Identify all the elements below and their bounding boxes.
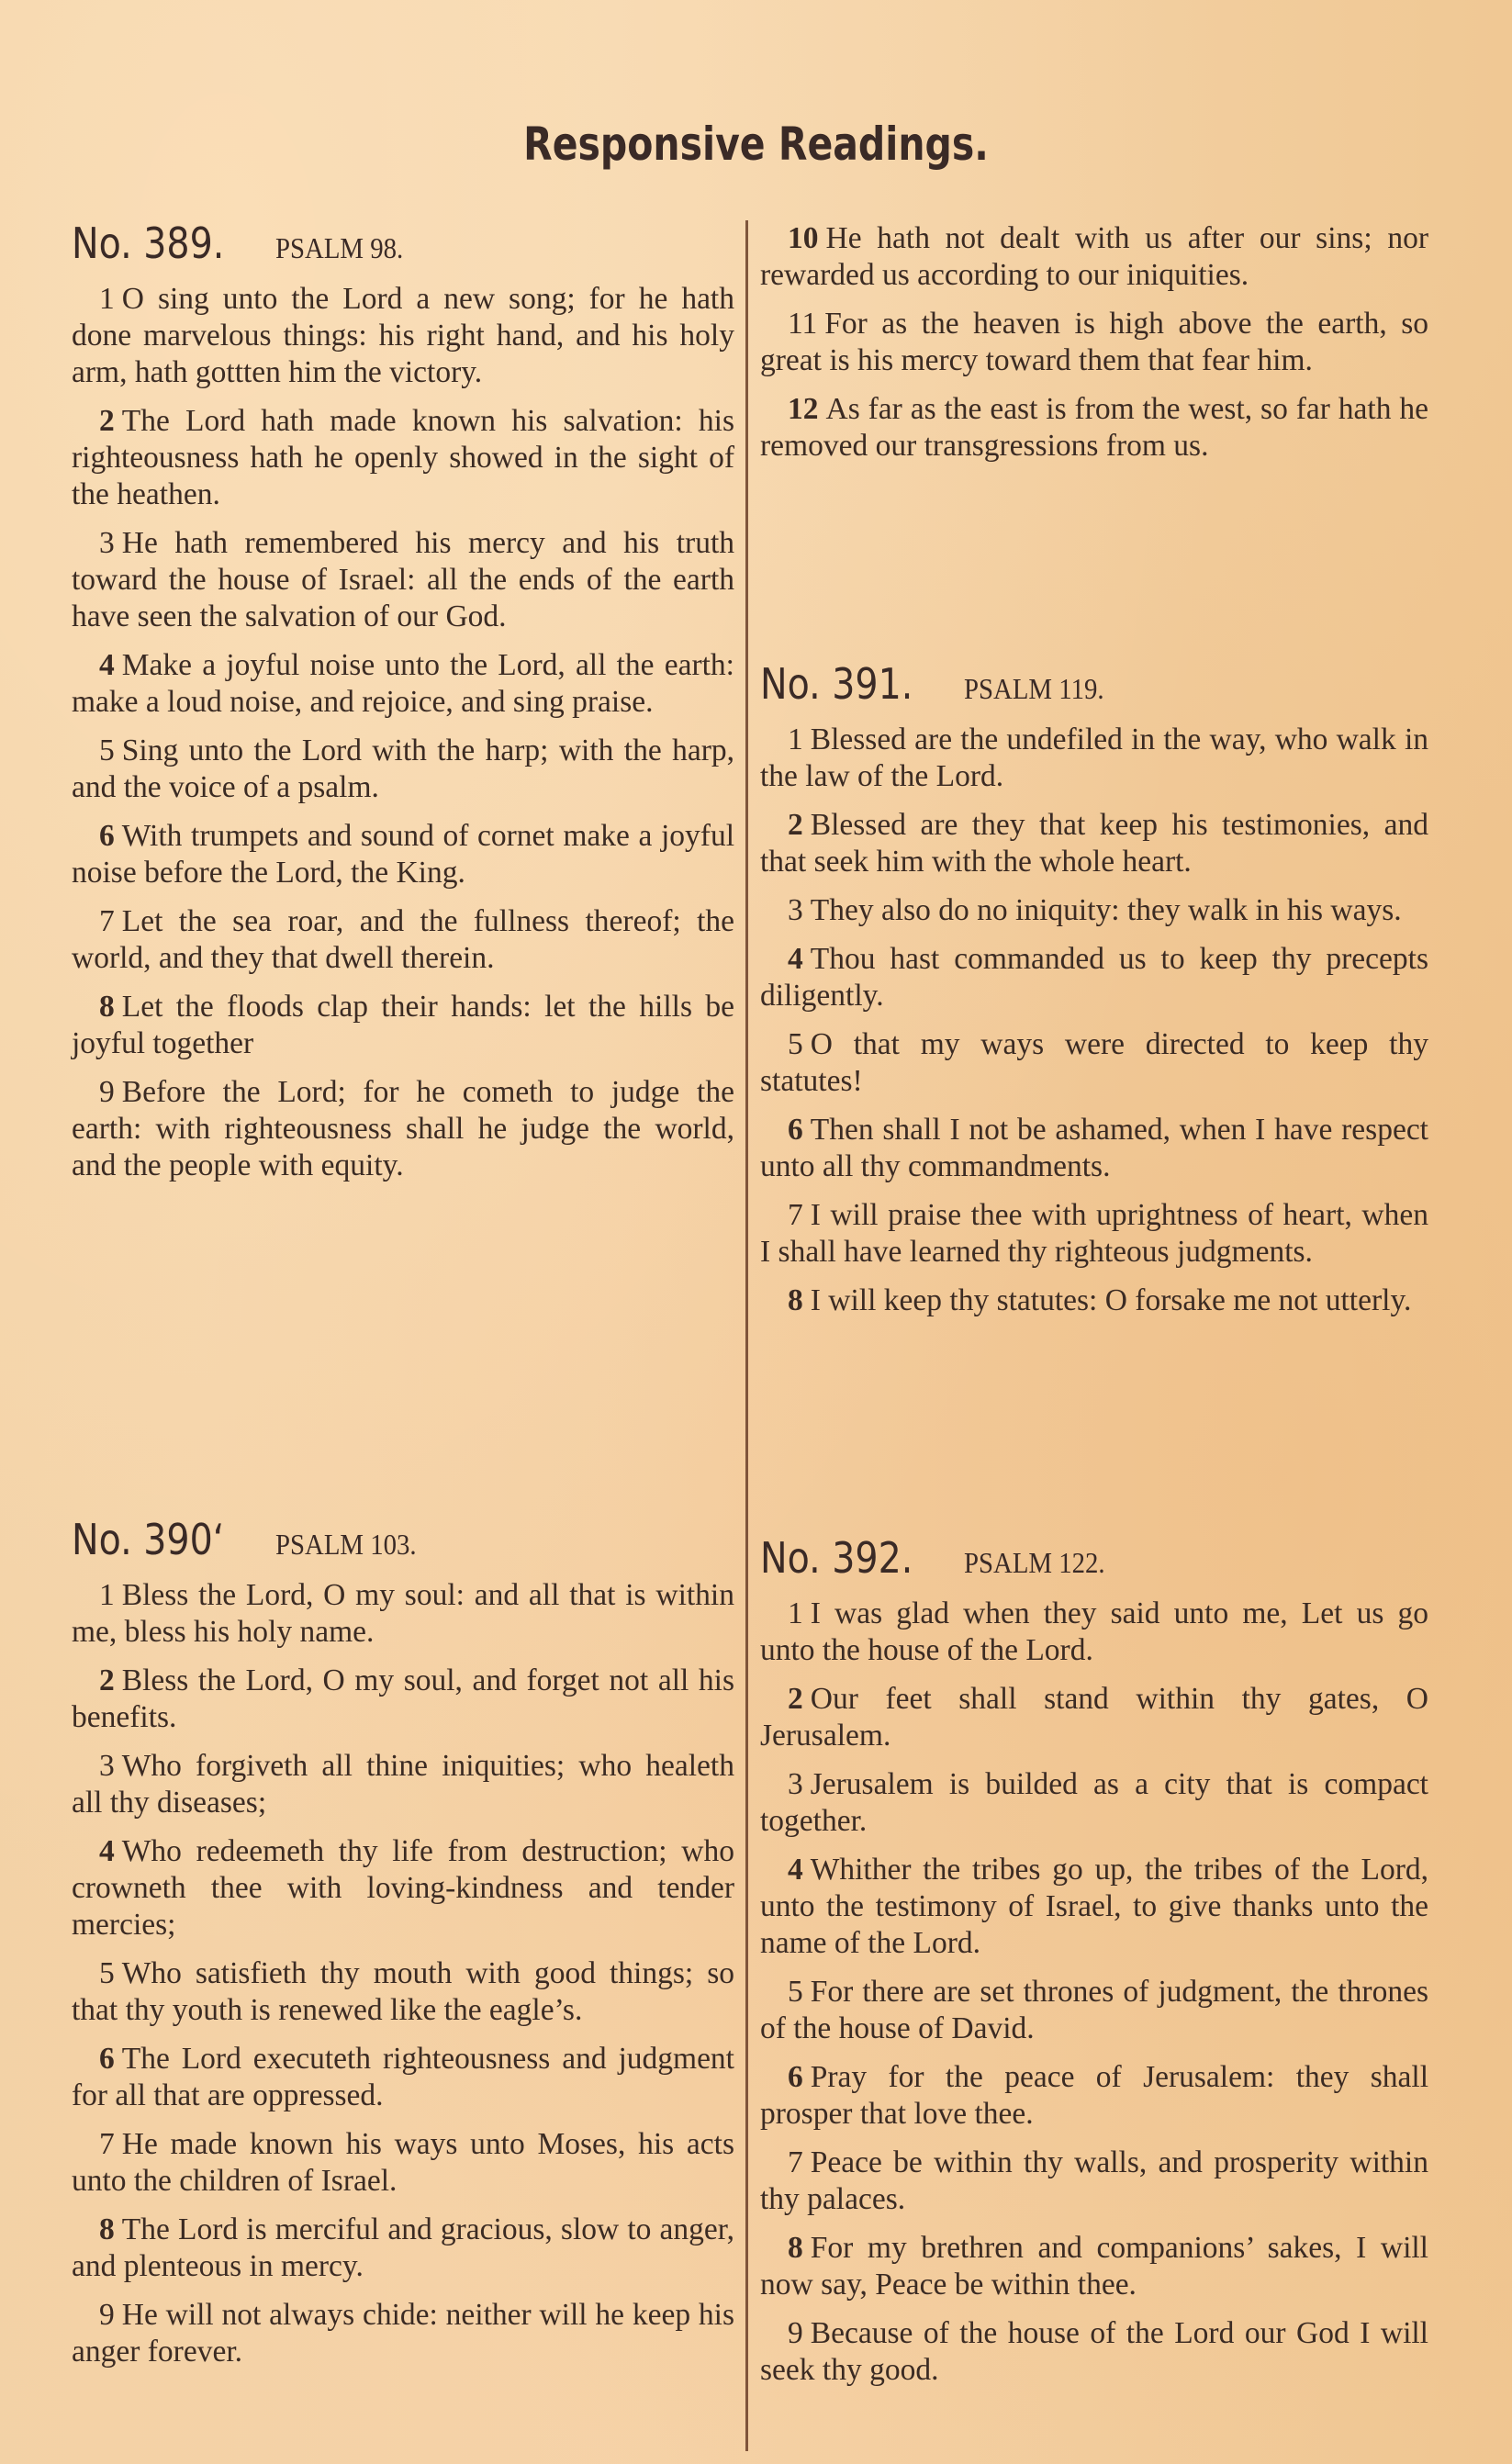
verse: 4Whither the tribes go up, the tribes of… bbox=[760, 1852, 1428, 1962]
reading-389: No. 389. PSALM 98. 1O sing unto the Lord… bbox=[72, 218, 734, 1196]
verse: 2The Lord hath made known his salva­tion… bbox=[72, 403, 734, 513]
verse: 1Blessed are the undefiled in the way, w… bbox=[760, 722, 1428, 795]
verse: 7He made known his ways unto Moses, his … bbox=[72, 2126, 734, 2200]
verse-number: 8 bbox=[788, 2231, 803, 2265]
verse: 7Peace be within thy walls, and pros­per… bbox=[760, 2145, 1428, 2218]
verse-number: 10 bbox=[788, 221, 819, 255]
reading-header: No. 390‘ PSALM 103. bbox=[72, 1515, 734, 1564]
verse-text: I will keep thy statutes: O forsake me n… bbox=[811, 1283, 1412, 1317]
verse-number: 7 bbox=[788, 2145, 803, 2179]
verse-text: Whither the tribes go up, the tribes of … bbox=[760, 1853, 1428, 1960]
verse: 11For as the heaven is high above the ea… bbox=[760, 306, 1428, 379]
verse-text: Bless the Lord, O my soul, and forget no… bbox=[72, 1663, 734, 1734]
verse-text: He hath remembered his mercy and his tru… bbox=[72, 526, 734, 633]
column-divider bbox=[745, 220, 748, 2451]
verse-number: 2 bbox=[788, 1682, 803, 1716]
verse: 8I will keep thy statutes: O forsake me … bbox=[760, 1282, 1428, 1319]
verse: 6Pray for the peace of Jerusalem: they s… bbox=[760, 2059, 1428, 2133]
verse-text: With trumpets and sound of cornet make a… bbox=[72, 819, 734, 890]
verse-text: Who redeemeth thy life from destruc­tion… bbox=[72, 1834, 734, 1942]
verse: 4Who redeemeth thy life from destruc­tio… bbox=[72, 1833, 734, 1943]
verse-text: O that my ways were directed to keep thy… bbox=[760, 1027, 1428, 1098]
verse-number: 5 bbox=[99, 734, 115, 767]
verse-text: For there are set thrones of judgment, t… bbox=[760, 1975, 1428, 2045]
verse-number: 6 bbox=[788, 1113, 803, 1147]
verse: 4Make a joyful noise unto the Lord, all … bbox=[72, 647, 734, 721]
reading-number: No. 390‘ bbox=[72, 1515, 247, 1564]
verse-number: 7 bbox=[99, 2127, 115, 2161]
verse-text: Blessed are they that keep his testi­mon… bbox=[760, 808, 1428, 879]
verse: 2Our feet shall stand within thy gates, … bbox=[760, 1681, 1428, 1754]
verse-number: 4 bbox=[788, 1853, 803, 1887]
verse: 1I was glad when they said unto me, Let … bbox=[760, 1596, 1428, 1669]
verse: 5For there are set thrones of judgment, … bbox=[760, 1974, 1428, 2047]
verse-text: Let the floods clap their hands: let the… bbox=[72, 990, 734, 1060]
verse-text: Let the sea roar, and the fullness there… bbox=[72, 904, 734, 975]
verse-text: I was glad when they said unto me, Let u… bbox=[760, 1596, 1428, 1667]
verse-text: The Lord executeth righteousness and jud… bbox=[72, 2042, 734, 2112]
verse-number: 1 bbox=[99, 1578, 115, 1612]
verse-text: O sing unto the Lord a new song; for he … bbox=[72, 282, 734, 389]
psalm-reference: PSALM 119. bbox=[964, 672, 1104, 706]
verse-number: 8 bbox=[99, 2212, 115, 2246]
verse-text: Thou hast commanded us to keep thy prece… bbox=[760, 942, 1428, 1013]
verse-number: 8 bbox=[99, 990, 115, 1024]
verse-number: 4 bbox=[788, 942, 803, 976]
verse: 5Sing unto the Lord with the harp; with … bbox=[72, 733, 734, 806]
verse-text: He will not always chide: neither will h… bbox=[72, 2298, 734, 2369]
verse: 7I will praise thee with uprightness of … bbox=[760, 1197, 1428, 1271]
verse-text: Make a joyful noise unto the Lord, all t… bbox=[72, 648, 734, 719]
verse: 3He hath remembered his mercy and his tr… bbox=[72, 525, 734, 635]
verse-number: 1 bbox=[788, 722, 803, 756]
verse-number: 9 bbox=[99, 1075, 115, 1109]
verse: 3Jerusalem is builded as a city that is … bbox=[760, 1766, 1428, 1840]
verse: 12As far as the east is from the west, s… bbox=[760, 391, 1428, 465]
reading-390: No. 390‘ PSALM 103. 1Bless the Lord, O m… bbox=[72, 1515, 734, 2382]
verse-text: As far as the east is from the west, so … bbox=[760, 392, 1428, 463]
verse-number: 5 bbox=[788, 1027, 803, 1061]
verse: 2Blessed are they that keep his testi­mo… bbox=[760, 807, 1428, 880]
reading-header: No. 389. PSALM 98. bbox=[72, 218, 734, 268]
psalm-reference: PSALM 103. bbox=[275, 1528, 417, 1562]
verse-number: 6 bbox=[99, 819, 115, 853]
verse-text: The Lord is merciful and gracious, slow … bbox=[72, 2212, 734, 2283]
verse-text: Because of the house of the Lord our God… bbox=[760, 2316, 1428, 2387]
verse-number: 7 bbox=[99, 904, 115, 938]
verse-number: 7 bbox=[788, 1198, 803, 1232]
verse-number: 5 bbox=[99, 1956, 115, 1990]
verse-text: He made known his ways unto Moses, his a… bbox=[72, 2127, 734, 2198]
verse-text: He hath not dealt with us after our sins… bbox=[760, 221, 1428, 292]
verse-text: Blessed are the undefiled in the way, wh… bbox=[760, 722, 1428, 793]
verse: 9He will not always chide: neither will … bbox=[72, 2297, 734, 2370]
verse-number: 3 bbox=[99, 1749, 115, 1783]
verse-number: 3 bbox=[788, 893, 803, 927]
verse: 9Because of the house of the Lord our Go… bbox=[760, 2315, 1428, 2389]
verse-text: For as the heaven is high above the eart… bbox=[760, 307, 1428, 377]
verse-text: The Lord hath made known his salva­tion:… bbox=[72, 404, 734, 511]
reading-392: No. 392. PSALM 122. 1I was glad when the… bbox=[760, 1533, 1428, 2401]
reading-number: No. 391. bbox=[760, 659, 935, 709]
verse: 10He hath not dealt with us after our si… bbox=[760, 220, 1428, 294]
verse-number: 8 bbox=[788, 1283, 803, 1317]
reading-header: No. 391. PSALM 119. bbox=[760, 659, 1428, 709]
verse: 8For my brethren and companions’ sakes, … bbox=[760, 2230, 1428, 2303]
verse-number: 3 bbox=[788, 1767, 803, 1801]
reading-header: No. 392. PSALM 122. bbox=[760, 1533, 1428, 1583]
verse: 9Before the Lord; for he cometh to judge… bbox=[72, 1074, 734, 1184]
verse-number: 3 bbox=[99, 526, 115, 560]
reading-389-continued: 10He hath not dealt with us after our si… bbox=[760, 220, 1428, 476]
verse-number: 4 bbox=[99, 1834, 115, 1868]
verse: 3Who forgiveth all thine iniquities; who… bbox=[72, 1748, 734, 1821]
verse-text: For my brethren and companions’ sakes, I… bbox=[760, 2231, 1428, 2302]
verse-text: Our feet shall stand within thy gates, O… bbox=[760, 1682, 1428, 1753]
reading-391: No. 391. PSALM 119. 1Blessed are the und… bbox=[760, 659, 1428, 1331]
verse-text: Who forgiveth all thine iniquities; who … bbox=[72, 1749, 734, 1820]
verse-number: 5 bbox=[788, 1975, 803, 2009]
verse: 3They also do no iniquity: they walk in … bbox=[760, 892, 1428, 929]
verse-number: 2 bbox=[788, 808, 803, 842]
verse-number: 9 bbox=[788, 2316, 803, 2350]
verse: 6Then shall I not be ashamed, when I hav… bbox=[760, 1112, 1428, 1185]
verse-text: I will praise thee with uprightness of h… bbox=[760, 1198, 1428, 1269]
verse-text: They also do no iniquity: they walk in h… bbox=[811, 893, 1402, 927]
verse-text: Pray for the peace of Jerusalem: they sh… bbox=[760, 2060, 1428, 2131]
verse-text: Peace be within thy walls, and pros­peri… bbox=[760, 2145, 1428, 2216]
verse: 5Who satisfieth thy mouth with good thin… bbox=[72, 1955, 734, 2029]
verse-text: Sing unto the Lord with the harp; with t… bbox=[72, 734, 734, 804]
verse: 2Bless the Lord, O my soul, and forget n… bbox=[72, 1663, 734, 1736]
verse-text: Before the Lord; for he cometh to judge … bbox=[72, 1075, 734, 1182]
verse-text: Who satisfieth thy mouth with good thing… bbox=[72, 1956, 734, 2027]
verse-number: 11 bbox=[788, 307, 817, 341]
verse-number: 2 bbox=[99, 1663, 115, 1697]
verse-number: 1 bbox=[788, 1596, 803, 1630]
verse-text: Bless the Lord, O my soul: and all that … bbox=[72, 1578, 734, 1649]
verse: 6The Lord executeth righteousness and ju… bbox=[72, 2041, 734, 2114]
verse-number: 6 bbox=[99, 2042, 115, 2076]
verse: 8The Lord is merciful and gracious, slow… bbox=[72, 2212, 734, 2285]
verse-number: 1 bbox=[99, 282, 115, 316]
verse-number: 9 bbox=[99, 2298, 115, 2332]
verse: 1Bless the Lord, O my soul: and all that… bbox=[72, 1577, 734, 1651]
verse: 5O that my ways were directed to keep th… bbox=[760, 1026, 1428, 1100]
verse: 6With trumpets and sound of cornet make … bbox=[72, 818, 734, 891]
verse: 7Let the sea roar, and the fullness ther… bbox=[72, 903, 734, 977]
page-title: Responsive Readings. bbox=[136, 118, 1376, 171]
verse: 8Let the floods clap their hands: let th… bbox=[72, 989, 734, 1062]
verse-number: 12 bbox=[788, 392, 819, 426]
verse-number: 2 bbox=[99, 404, 115, 438]
verse-text: Jerusalem is builded as a city that is c… bbox=[760, 1767, 1428, 1838]
psalm-reference: PSALM 98. bbox=[275, 231, 403, 265]
verse: 1O sing unto the Lord a new song; for he… bbox=[72, 281, 734, 391]
verse-text: Then shall I not be ashamed, when I have… bbox=[760, 1113, 1428, 1183]
verse-number: 6 bbox=[788, 2060, 803, 2094]
verse-number: 4 bbox=[99, 648, 115, 682]
psalm-reference: PSALM 122. bbox=[964, 1546, 1105, 1580]
reading-number: No. 389. bbox=[72, 218, 247, 268]
verse: 4Thou hast commanded us to keep thy prec… bbox=[760, 941, 1428, 1014]
reading-number: No. 392. bbox=[760, 1533, 935, 1583]
